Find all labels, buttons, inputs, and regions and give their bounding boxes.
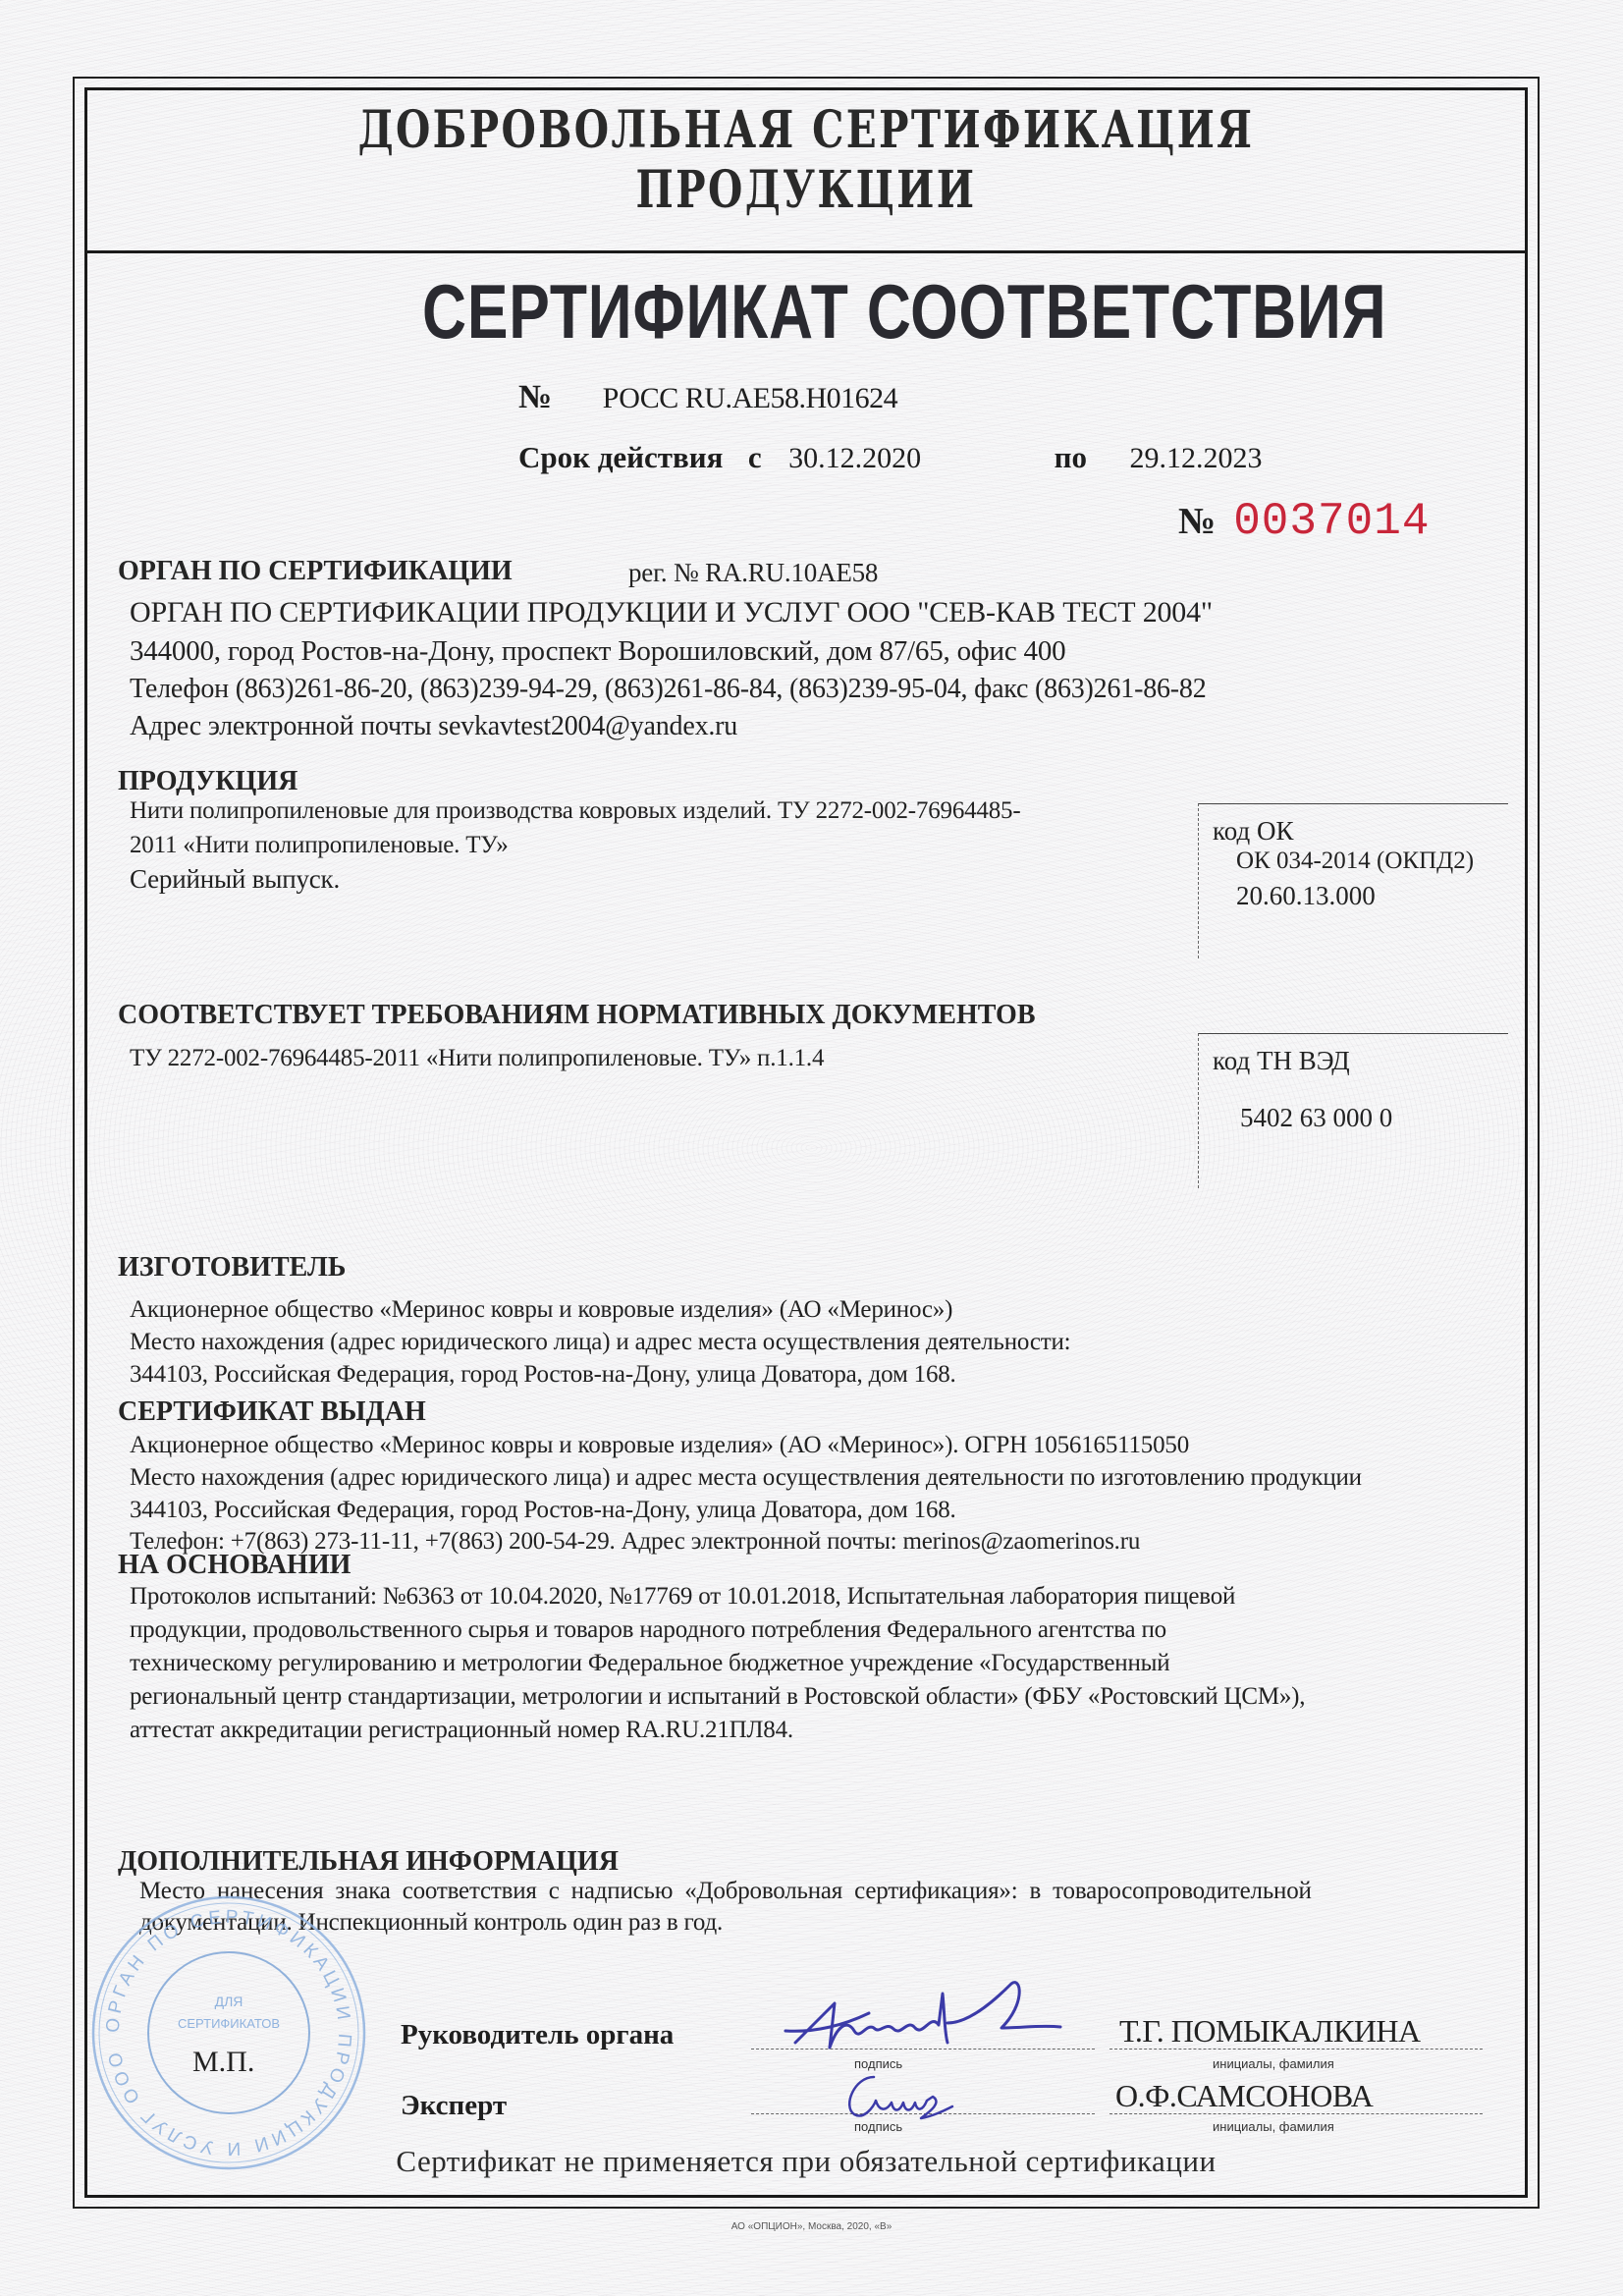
validity-label: Срок действия [518,440,723,474]
validity-to-date: 29.12.2023 [1130,442,1263,474]
tnved-code: 5402 63 000 0 [1240,1103,1392,1133]
certification-body-reg-number: рег. № RA.RU.10АЕ58 [628,558,878,588]
product-heading: ПРОДУКЦИЯ [118,766,298,797]
basis-line-1: Протоколов испытаний: №6363 от 10.04.202… [130,1583,1235,1611]
basis-line-2: продукции, продовольственного сырья и то… [130,1616,1166,1644]
issued-to-line-3: 344103, Российская Федерация, город Рост… [130,1497,956,1524]
head-name: Т.Г. ПОМЫКАЛКИНА [1119,2013,1421,2050]
head-role-label: Руководитель органа [401,2019,674,2051]
stamp-center-text-1: ДЛЯ [215,1994,243,2009]
basis-line-4: региональный центр стандартизации, метро… [130,1683,1305,1711]
okpd-caption: код ОК [1213,816,1293,847]
official-stamp-icon: ОРГАН ПО СЕРТИФИКАЦИИ ПРОДУКЦИИ И УСЛУГ … [86,1890,371,2175]
validity-from-label: с [748,440,762,474]
certification-body-address: 344000, город Ростов-на-Дону, проспект В… [130,635,1065,668]
basis-heading: НА ОСНОВАНИИ [118,1550,351,1581]
mandatory-certification-note: Сертификат не применяется при обязательн… [84,2144,1528,2179]
compliance-text: ТУ 2272-002-76964485-2011 «Нити полипроп… [130,1045,824,1072]
certification-body-heading: ОРГАН ПО СЕРТИФИКАЦИИ [118,556,513,587]
head-signature-icon [776,1974,1100,2057]
issued-to-line-2: Место нахождения (адрес юридического лиц… [130,1464,1362,1492]
header-divider [84,250,1528,253]
okpd-classifier: ОК 034-2014 (ОКПД2) [1236,847,1474,875]
validity-from-date: 30.12.2020 [788,442,921,474]
issued-to-line-1: Акционерное общество «Меринос ковры и ко… [130,1432,1189,1459]
serial-number: 0037014 [1233,496,1430,547]
head-name-caption: инициалы, фамилия [1213,2056,1334,2071]
expert-name-caption: инициалы, фамилия [1213,2119,1334,2134]
stamp-center-text-2: СЕРТИФИКАТОВ [178,2016,280,2031]
expert-signature-icon [835,2067,962,2126]
manufacturer-line-2: Место нахождения (адрес юридического лиц… [130,1329,1070,1356]
expert-name: О.Ф.САМСОНОВА [1115,2078,1373,2114]
printer-imprint: АО «ОПЦИОН», Москва, 2020, «В» [0,2221,1623,2232]
product-line-1: Нити полипропиленовые для производства к… [130,797,1020,825]
expert-role-label: Эксперт [401,2090,507,2122]
manufacturer-heading: ИЗГОТОВИТЕЛЬ [118,1252,346,1284]
serial-number-label: № [1178,501,1216,542]
voluntary-certification-title: ДОБРОВОЛЬНАЯ СЕРТИФИКАЦИЯ ПРОДУКЦИИ [243,100,1370,220]
product-line-2: 2011 «Нити полипропиленовые. ТУ» [130,832,509,859]
certificate-number-row: № РОСС RU.AE58.H01624 [518,379,897,416]
basis-line-5: аттестат аккредитации регистрационный но… [130,1717,793,1744]
certification-body-name: ОРГАН ПО СЕРТИФИКАЦИИ ПРОДУКЦИИ И УСЛУГ … [130,596,1213,629]
validity-row: Срок действия с 30.12.2020 по 29.12.2023 [518,440,1263,475]
okpd-code-box: код ОК ОК 034-2014 (ОКПД2) 20.60.13.000 [1198,803,1508,958]
certificate-title: СЕРТИФИКАТ СООТВЕТСТВИЯ [422,267,1271,356]
additional-info-heading: ДОПОЛНИТЕЛЬНАЯ ИНФОРМАЦИЯ [118,1846,619,1878]
certification-body-email: Адрес электронной почты sevkavtest2004@y… [130,711,737,742]
manufacturer-line-1: Акционерное общество «Меринос ковры и ко… [130,1296,952,1324]
tnved-caption: код ТН ВЭД [1213,1046,1350,1076]
number-label: № [518,379,552,415]
product-line-3: Серийный выпуск. [130,864,340,895]
expert-signature-caption: подпись [854,2119,902,2134]
okpd-code: 20.60.13.000 [1236,881,1376,911]
compliance-heading: СООТВЕТСТВУЕТ ТРЕБОВАНИЯМ НОРМАТИВНЫХ ДО… [118,1000,1036,1031]
manufacturer-line-3: 344103, Российская Федерация, город Рост… [130,1361,956,1389]
validity-to-label: по [1055,440,1087,474]
tnved-code-box: код ТН ВЭД 5402 63 000 0 [1198,1033,1508,1188]
certificate-number: РОСС RU.AE58.H01624 [603,382,897,414]
certification-body-phones: Телефон (863)261-86-20, (863)239-94-29, … [130,674,1207,705]
stamp-place-label: М.П. [192,2046,254,2079]
issued-to-heading: СЕРТИФИКАТ ВЫДАН [118,1396,426,1428]
blank-serial-number: № 0037014 [1178,496,1430,547]
basis-line-3: техническому регулированию и метрологии … [130,1650,1169,1677]
